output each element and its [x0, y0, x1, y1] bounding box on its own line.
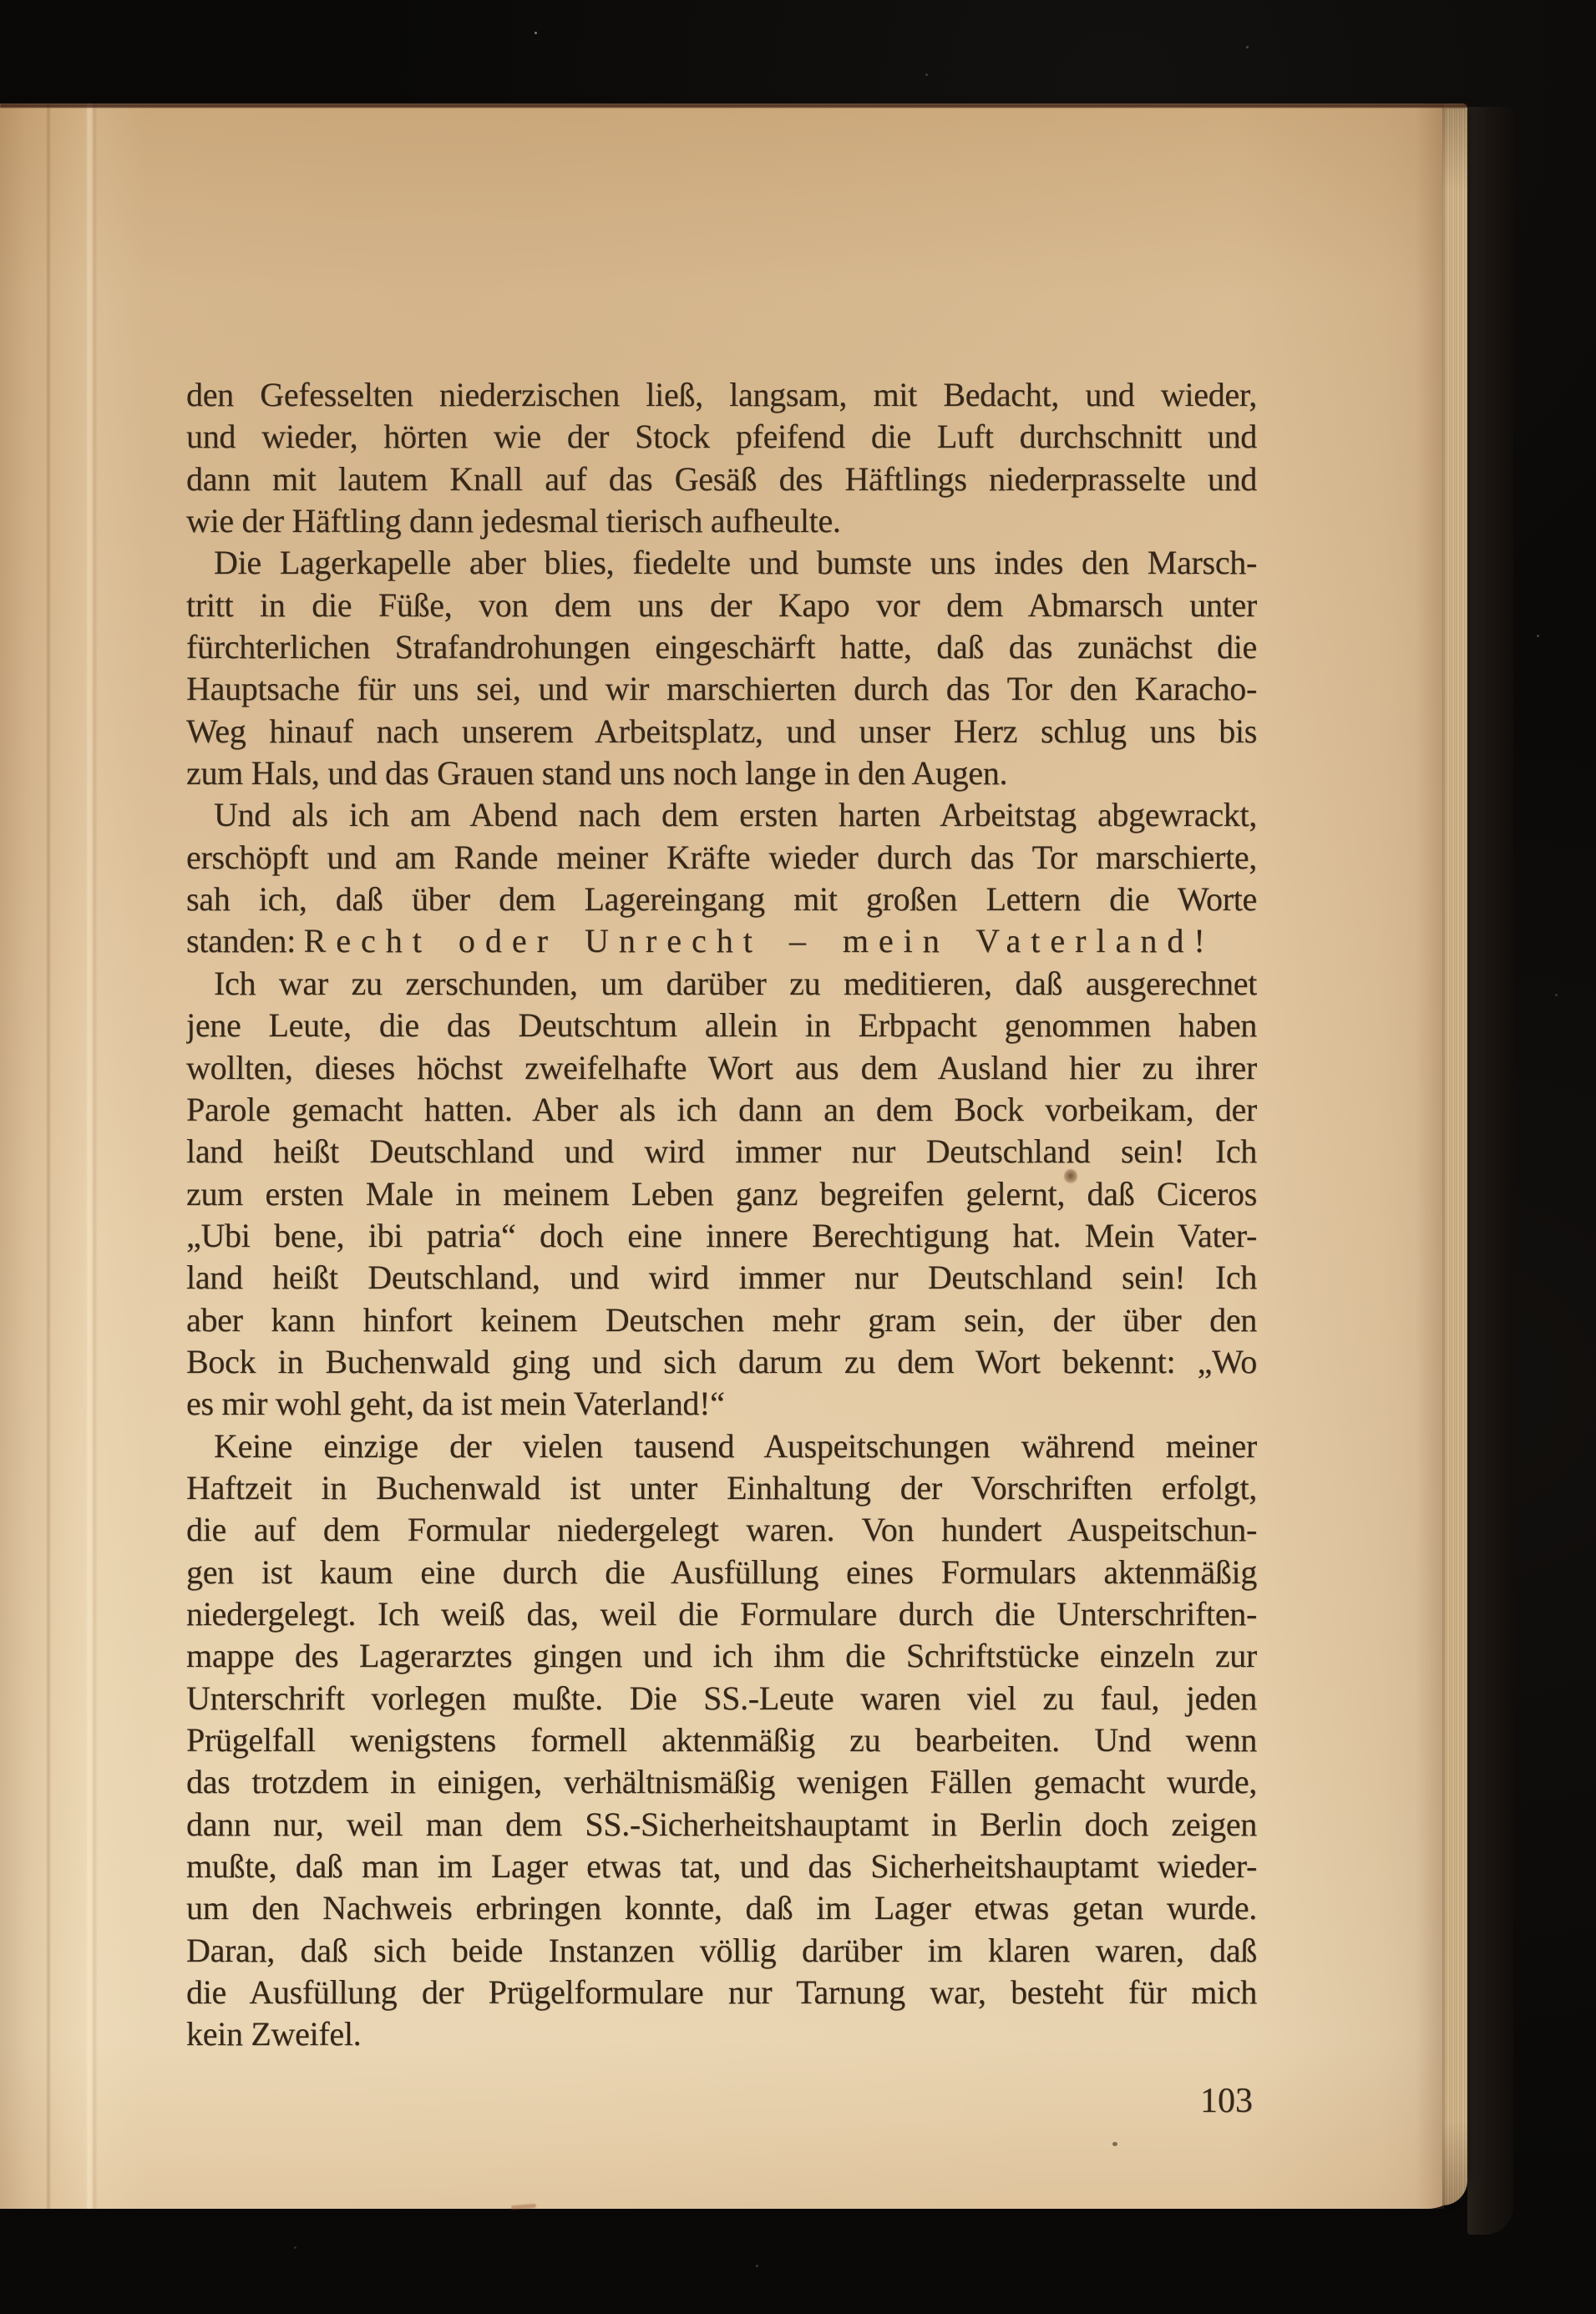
text-line: die Ausfüllung der Prügelformulare nur T… — [186, 1972, 1257, 2013]
text-line: Daran, daß sich beide Instanzen völlig d… — [186, 1930, 1257, 1972]
text-line: wollten, dieses höchst zweifelhafte Wort… — [186, 1047, 1257, 1089]
dust-speck — [756, 2265, 758, 2267]
text-line: Haftzeit in Buchenwald ist unter Einhalt… — [186, 1467, 1257, 1509]
text-line: land heißt Deutschland und wird immer nu… — [186, 1131, 1257, 1172]
book-cover-edge — [1467, 107, 1513, 2235]
text-run: standen: — [186, 922, 304, 960]
text-line: und wieder, hörten wie der Stock pfeifen… — [186, 416, 1257, 458]
page-number: 103 — [186, 2081, 1253, 2121]
text-line: es mir wohl geht, da ist mein Vaterland!… — [186, 1383, 1257, 1425]
text-line: gen ist kaum eine durch die Ausfüllung e… — [186, 1552, 1257, 1593]
text-line: Prügelfall wenigstens formell aktenmäßig… — [186, 1719, 1257, 1761]
page-fore-edge — [1442, 108, 1467, 2205]
dust-speck — [1537, 635, 1539, 637]
text-line: den Gefesselten niederzischen ließ, lang… — [186, 374, 1257, 416]
text-line: zum ersten Male in meinem Leben ganz beg… — [186, 1173, 1257, 1215]
book-scan: den Gefesselten niederzischen ließ, lang… — [0, 0, 1596, 2314]
dust-speck — [535, 32, 537, 34]
text-line: tritt in die Füße, von dem uns der Kapo … — [186, 585, 1257, 626]
text-line: Bock in Buchenwald ging und sich darum z… — [186, 1341, 1257, 1383]
text-line: Ich war zu zerschunden, um darüber zu me… — [186, 963, 1257, 1005]
dust-speck — [1555, 994, 1558, 996]
dust-speck — [925, 73, 928, 76]
text-line: Die Lagerkapelle aber blies, fiedelte un… — [186, 542, 1257, 584]
dust-speck — [1246, 46, 1249, 48]
letterspaced-phrase: Recht oder Unrecht – mein Vaterland! — [304, 922, 1215, 960]
text-line: das trotzdem in einigen, verhältnismäßig… — [186, 1761, 1257, 1803]
text-line: fürchterlichen Strafandrohungen eingesch… — [186, 626, 1257, 668]
text-line: Weg hinauf nach unserem Arbeitsplatz, un… — [186, 711, 1257, 752]
text-line: Und als ich am Abend nach dem ersten har… — [186, 794, 1257, 836]
text-line: dann mit lautem Knall auf das Gesäß des … — [186, 458, 1257, 500]
text-line: die auf dem Formular niedergelegt waren.… — [186, 1509, 1257, 1551]
text-line: kein Zweifel. — [186, 2013, 1257, 2055]
text-line: sah ich, daß über dem Lagereingang mit g… — [186, 879, 1257, 920]
text-line: wie der Häftling dann jedesmal tierisch … — [186, 500, 1257, 542]
text-line: standen: Recht oder Unrecht – mein Vater… — [186, 920, 1257, 962]
dust-speck — [294, 2246, 296, 2249]
text-line: niedergelegt. Ich weiß das, weil die For… — [186, 1593, 1257, 1635]
text-line: dann nur, weil man dem SS.-Sicherheitsha… — [186, 1804, 1257, 1846]
ink-stain-mark — [1064, 1169, 1077, 1184]
text-line: „Ubi bene, ibi patria“ doch eine innere … — [186, 1215, 1257, 1257]
paper-speck — [1112, 2142, 1117, 2146]
text-line: Keine einzige der vielen tausend Auspeit… — [186, 1425, 1257, 1467]
text-line: Hauptsache für uns sei, und wir marschie… — [186, 668, 1257, 710]
text-line: aber kann hinfort keinem Deutschen mehr … — [186, 1299, 1257, 1341]
text-line: mappe des Lagerarztes gingen und ich ihm… — [186, 1635, 1257, 1677]
text-line: land heißt Deutschland, und wird immer n… — [186, 1257, 1257, 1299]
pencil-mark — [511, 2204, 536, 2210]
text-line: erschöpft und am Rande meiner Kräfte wie… — [186, 837, 1257, 879]
book-page: den Gefesselten niederzischen ließ, lang… — [0, 104, 1467, 2209]
text-block: den Gefesselten niederzischen ließ, lang… — [186, 374, 1257, 2056]
text-line: mußte, daß man im Lager etwas tat, und d… — [186, 1846, 1257, 1887]
text-line: um den Nachweis erbringen konnte, daß im… — [186, 1887, 1257, 1929]
text-line: Unterschrift vorlegen mußte. Die SS.-Leu… — [186, 1678, 1257, 1719]
text-line: jene Leute, die das Deutschtum allein in… — [186, 1005, 1257, 1046]
text-line: zum Hals, und das Grauen stand uns noch … — [186, 752, 1257, 794]
text-line: Parole gemacht hatten. Aber als ich dann… — [186, 1089, 1257, 1131]
